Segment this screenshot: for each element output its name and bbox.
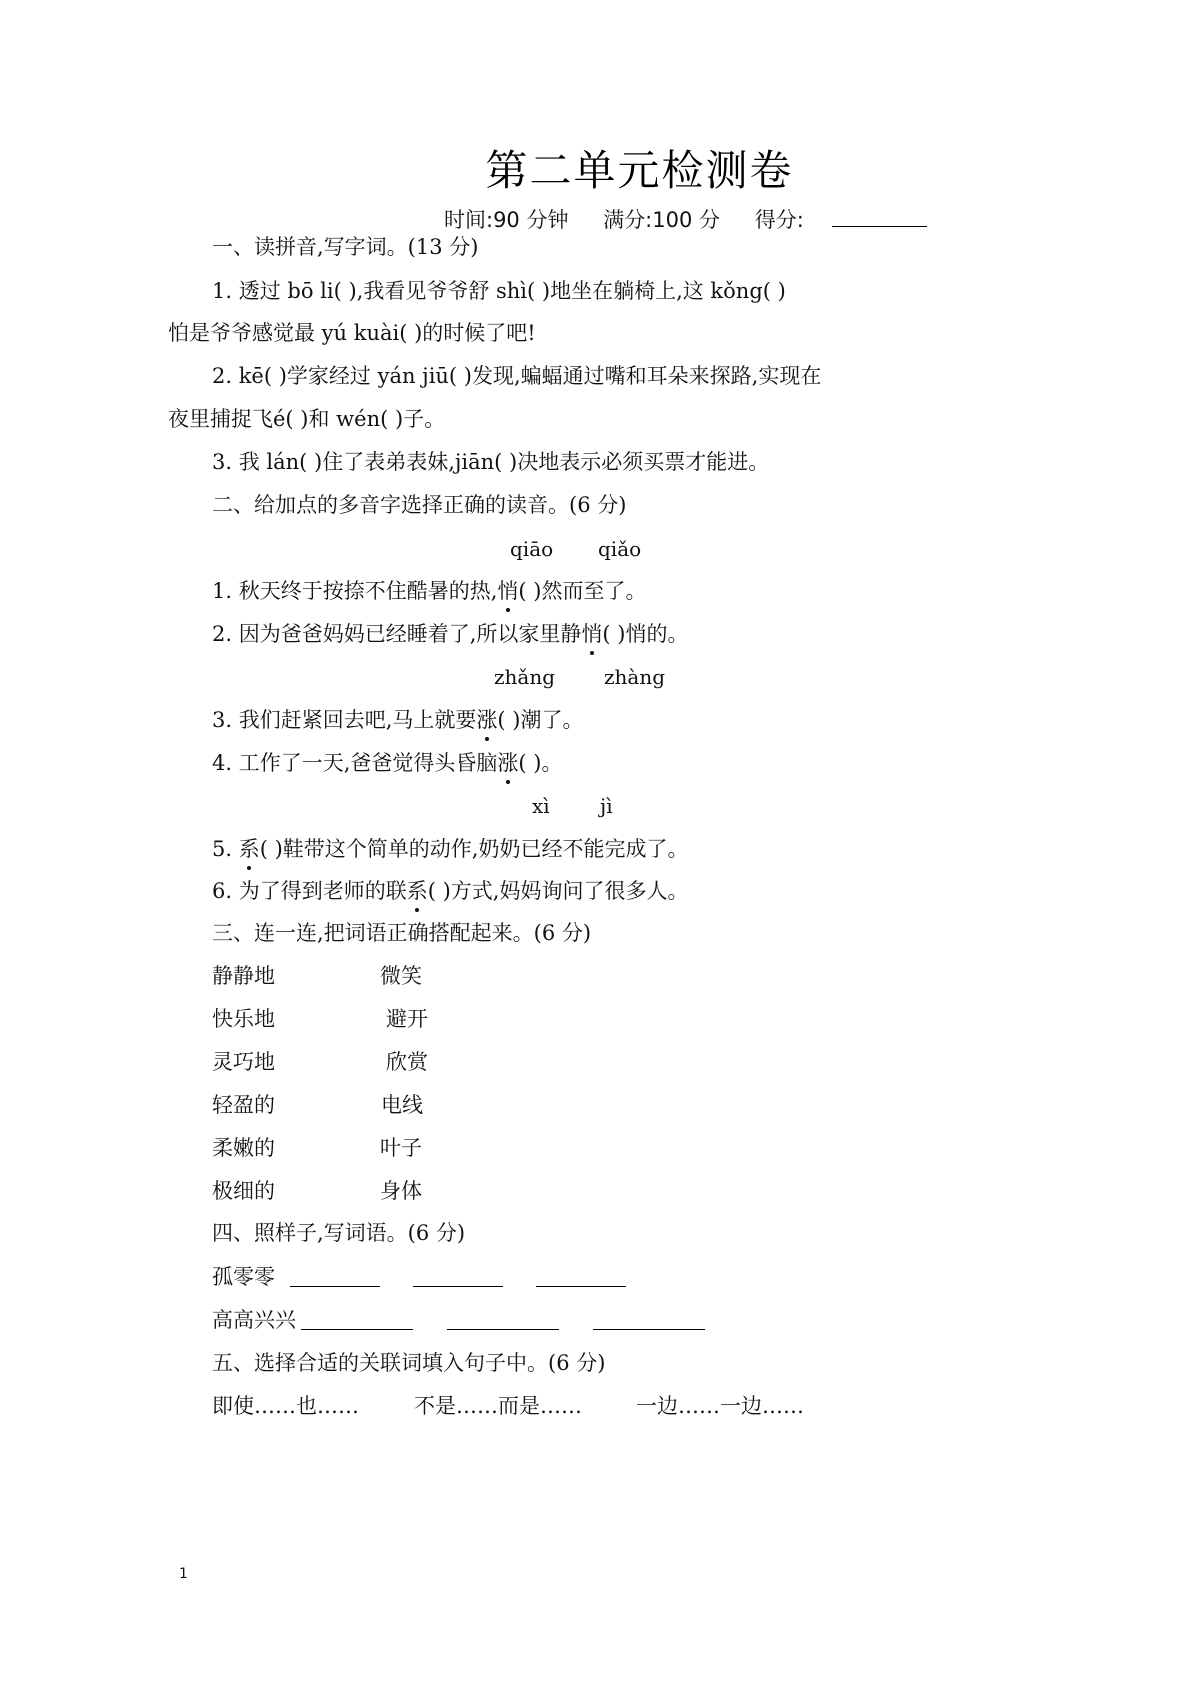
dotted-character: 涨 xyxy=(476,705,497,735)
answer-blank[interactable] xyxy=(447,1309,559,1330)
score-blank[interactable] xyxy=(832,208,927,227)
match-right-4[interactable]: 电线 xyxy=(381,1090,423,1120)
match-right-2[interactable]: 避开 xyxy=(386,1004,428,1034)
match-left-4[interactable]: 轻盈的 xyxy=(212,1090,275,1120)
answer-blank[interactable] xyxy=(301,1309,413,1330)
section1-q2-line2: 夜里捕捉飞é( )和 wén( )子。 xyxy=(168,404,445,434)
conjunction-option-3: 一边……一边…… xyxy=(636,1391,804,1421)
match-left-5[interactable]: 柔嫩的 xyxy=(212,1133,275,1163)
dotted-character: 系 xyxy=(239,834,260,864)
section2-item-3: 3. 我们赶紧回去吧,马上就要涨( )潮了。 xyxy=(212,705,583,735)
match-right-1[interactable]: 微笑 xyxy=(380,961,422,991)
section1-q2-line1: 2. kē( )学家经过 yán jiū( )发现,蝙蝠通过嘴和耳朵来探路,实现… xyxy=(212,361,821,391)
pinyin-option: xì xyxy=(532,791,550,821)
match-right-5[interactable]: 叶子 xyxy=(380,1133,422,1163)
conjunction-option-1: 即使……也…… xyxy=(212,1391,359,1421)
answer-blank[interactable] xyxy=(413,1266,503,1287)
answer-blank[interactable] xyxy=(593,1309,705,1330)
match-left-6[interactable]: 极细的 xyxy=(212,1176,275,1206)
dotted-character: 系 xyxy=(407,876,428,906)
match-right-6[interactable]: 身体 xyxy=(380,1176,422,1206)
pinyin-option: jì xyxy=(600,791,613,821)
section1-heading: 一、读拼音,写字词。(13 分) xyxy=(212,232,478,262)
pinyin-option: zhǎng xyxy=(494,662,555,692)
conjunction-option-2: 不是……而是…… xyxy=(414,1391,582,1421)
page-title: 第二单元检测卷 xyxy=(0,138,1191,198)
section2-item-2: 2. 因为爸爸妈妈已经睡着了,所以家里静悄( )悄的。 xyxy=(212,619,688,649)
section2-heading: 二、给加点的多音字选择正确的读音。(6 分) xyxy=(212,490,626,520)
section4-heading: 四、照样子,写词语。(6 分) xyxy=(212,1218,465,1248)
section2-item-5: 5. 系( )鞋带这个简单的动作,奶奶已经不能完成了。 xyxy=(212,834,688,864)
dotted-character: 悄 xyxy=(497,576,518,606)
section3-heading: 三、连一连,把词语正确搭配起来。(6 分) xyxy=(212,918,591,948)
pinyin-option: qiǎo xyxy=(598,534,641,564)
answer-blank[interactable] xyxy=(290,1266,380,1287)
section1-q3: 3. 我 lán( )住了表弟表妹,jiān( )决地表示必须买票才能进。 xyxy=(212,447,769,477)
match-left-3[interactable]: 灵巧地 xyxy=(212,1047,275,1077)
match-left-2[interactable]: 快乐地 xyxy=(212,1004,275,1034)
pinyin-option: qiāo xyxy=(510,534,553,564)
time-limit: 时间:90 分钟 xyxy=(444,208,568,232)
section4-example-2: 高高兴兴 xyxy=(212,1305,296,1335)
match-right-3[interactable]: 欣赏 xyxy=(386,1047,428,1077)
full-score: 满分:100 分 xyxy=(603,208,720,232)
section4-example-1: 孤零零 xyxy=(212,1262,275,1292)
page-number: 1 xyxy=(179,1566,188,1582)
section2-item-1: 1. 秋天终于按捺不住酷暑的热,悄( )然而至了。 xyxy=(212,576,646,606)
section5-heading: 五、选择合适的关联词填入句子中。(6 分) xyxy=(212,1348,605,1378)
exam-meta: 时间:90 分钟 满分:100 分 得分: xyxy=(444,204,927,234)
section2-item-4: 4. 工作了一天,爸爸觉得头昏脑涨( )。 xyxy=(212,748,562,778)
section2-item-6: 6. 为了得到老师的联系( )方式,妈妈询问了很多人。 xyxy=(212,876,688,906)
match-left-1[interactable]: 静静地 xyxy=(212,961,275,991)
pinyin-option: zhàng xyxy=(604,662,665,692)
section1-q1-line1: 1. 透过 bō li( ),我看见爷爷舒 shì( )地坐在躺椅上,这 kǒn… xyxy=(212,276,786,306)
section1-q1-line2: 怕是爷爷感觉最 yú kuài( )的时候了吧! xyxy=(168,318,536,348)
score-label: 得分: xyxy=(755,208,804,232)
dotted-character: 悄 xyxy=(581,619,602,649)
dotted-character: 涨 xyxy=(497,748,518,778)
answer-blank[interactable] xyxy=(536,1266,626,1287)
